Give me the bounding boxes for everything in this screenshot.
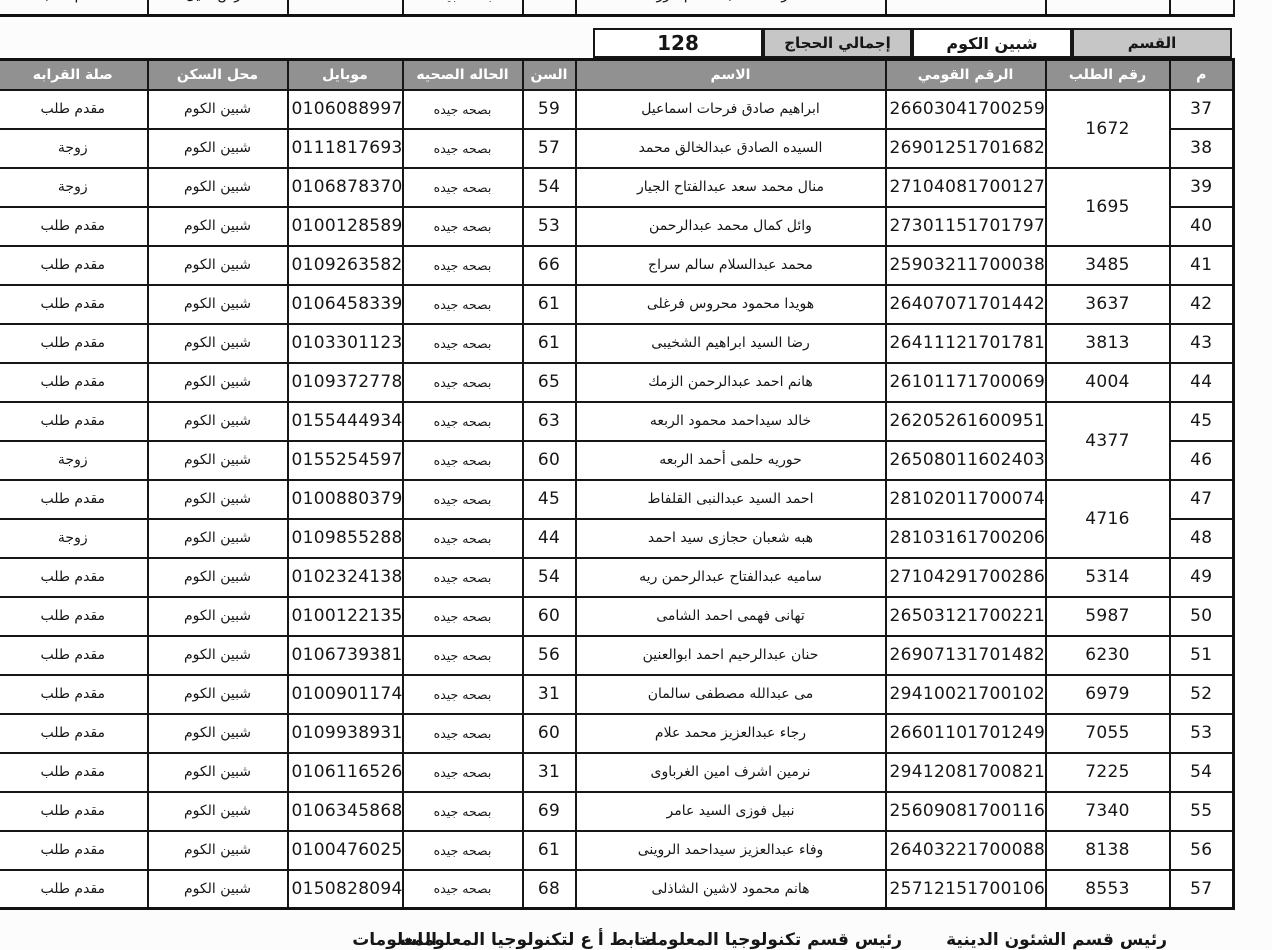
cell-mobile: 01063458686 xyxy=(288,792,403,831)
cell-request-number: 3485 xyxy=(1046,246,1170,285)
cell-request-number: 3637 xyxy=(1046,285,1170,324)
cell-name: هبه شعبان حجازى سيد احمد xyxy=(576,519,886,558)
cell-request-number: 6230 xyxy=(1046,636,1170,675)
cell-national-id: 26407071701442 xyxy=(886,285,1046,324)
cell-mobile: 01554449345 xyxy=(288,402,403,441)
cell-health: بصحه جيده xyxy=(403,285,523,324)
cell-health: بصحه جيده xyxy=(403,168,523,207)
cell-residence: شبين الكوم xyxy=(148,714,288,753)
table-header-row: م رقم الطلب الرقم القومي الاسم السن الحا… xyxy=(0,60,1234,90)
cell-age: 61 xyxy=(523,324,576,363)
cell-health: بصحه جيده xyxy=(403,246,523,285)
cell-age: 31 xyxy=(523,675,576,714)
cell-serial: 56 xyxy=(1170,831,1234,870)
cell-name: هويدا محمود محروس فرغلى xyxy=(576,285,886,324)
cell-national-id: 26601101701249 xyxy=(886,714,1046,753)
cell-age: 65 xyxy=(523,363,576,402)
cell-relation: مقدم طلب xyxy=(0,558,148,597)
cell-residence: شبين الكوم xyxy=(148,831,288,870)
table-row: 47471628102011700074احمد السيد عبدالنبى … xyxy=(0,480,1234,519)
cell-request-number: 4004 xyxy=(1046,363,1170,402)
cell-national-id: 26508011602403 xyxy=(886,441,1046,480)
cell-age: 31 xyxy=(523,0,576,15)
cell-national-id: 28103161700206 xyxy=(886,519,1046,558)
cell-age: 66 xyxy=(523,246,576,285)
cell-serial: 52 xyxy=(1170,675,1234,714)
cell-serial: 47 xyxy=(1170,480,1234,519)
cell-health: بصحه جيده xyxy=(403,870,523,909)
cell-name: ابراهيم صادق فرحات اسماعيل xyxy=(576,90,886,129)
cell-mobile: 01552545970 xyxy=(288,441,403,480)
cell-age: 59 xyxy=(523,90,576,129)
header-serial: م xyxy=(1170,60,1234,90)
cell-name: محمد عبدالسلام سالم سراج xyxy=(576,246,886,285)
cell-health: بصحه جيده xyxy=(403,558,523,597)
cell-residence: عرض النيل xyxy=(148,0,288,15)
header-relation: صلة القرابه xyxy=(0,60,148,90)
cell-age: 54 xyxy=(523,168,576,207)
cell-health: بصحه جيده xyxy=(403,675,523,714)
cell-health: بصحه جيده xyxy=(403,0,523,15)
cell-relation: مقدم طلب xyxy=(0,402,148,441)
cell-national-id: 26503121700221 xyxy=(886,597,1046,636)
table-body: 37167226603041700259ابراهيم صادق فرحات ا… xyxy=(0,90,1234,909)
cell-health: بصحه جيده xyxy=(403,129,523,168)
cell-relation: مقدم طلب xyxy=(0,675,148,714)
cell-serial: 51 xyxy=(1170,636,1234,675)
cell-mobile: 01092635825 xyxy=(288,246,403,285)
cell-residence: شبين الكوم xyxy=(148,207,288,246)
cell-serial: 44 xyxy=(1170,363,1234,402)
cell-age: 56 xyxy=(523,636,576,675)
cell-mobile: 01009011746 xyxy=(288,675,403,714)
cell-national-id: 27104081700127 xyxy=(886,168,1046,207)
cell-serial: 48 xyxy=(1170,519,1234,558)
cell-name: حنان عبدالرحيم احمد ابوالعنين xyxy=(576,636,886,675)
cell-age: 69 xyxy=(523,792,576,831)
cell-serial: 57 xyxy=(1170,870,1234,909)
table-row: 43381326411121701781رضا السيد ابراهيم ال… xyxy=(0,324,1234,363)
cell-relation: مقدم طلب xyxy=(0,870,148,909)
cell-national-id: 29412081700821 xyxy=(886,753,1046,792)
cell-health: بصحه جيده xyxy=(403,402,523,441)
cell-age: 68 xyxy=(523,870,576,909)
cell-name: وائل كمال محمد عبدالرحمن xyxy=(576,207,886,246)
cell-relation: مقدم طلب xyxy=(0,714,148,753)
cell-request-number: 5314 xyxy=(1046,558,1170,597)
cell-request-number: 3813 xyxy=(1046,324,1170,363)
table-row: 53705526601101701249رجاء عبدالعزيز محمد … xyxy=(0,714,1234,753)
cell-serial: 36 xyxy=(1170,0,1234,15)
cell-relation: مقدم طلب xyxy=(0,831,148,870)
cell-request-number: 7055 xyxy=(1046,714,1170,753)
cell-residence: شبين الكوم xyxy=(148,753,288,792)
cell-mobile: 01099389318 xyxy=(288,714,403,753)
cell-health: بصحه جيده xyxy=(403,324,523,363)
table-row: 51623026907131701482حنان عبدالرحيم احمد … xyxy=(0,636,1234,675)
cell-request-number: 114499 xyxy=(1046,0,1170,15)
cell-request-number: 4716 xyxy=(1046,480,1170,558)
cell-residence: شبين الكوم xyxy=(148,363,288,402)
cell-residence: شبين الكوم xyxy=(148,324,288,363)
table-row: 52697929410021700102مى عبدالله مصطفى سال… xyxy=(0,675,1234,714)
table-row: 41348525903211700038محمد عبدالسلام سالم … xyxy=(0,246,1234,285)
cell-national-id: 25609081700116 xyxy=(886,792,1046,831)
cell-relation: مقدم طلب xyxy=(0,636,148,675)
cell-name: منال محمد سعد عبدالفتاح الجيار xyxy=(576,168,886,207)
cell-mobile: 01023241384 xyxy=(288,558,403,597)
cell-serial: 53 xyxy=(1170,714,1234,753)
cell-health: بصحه جيده xyxy=(403,792,523,831)
cell-request-number: 1672 xyxy=(1046,90,1170,168)
cell-residence: شبين الكوم xyxy=(148,402,288,441)
cell-residence: شبين الكوم xyxy=(148,675,288,714)
cell-residence: شبين الكوم xyxy=(148,792,288,831)
cell-mobile: 01068783707 xyxy=(288,168,403,207)
pilgrims-table: م رقم الطلب الرقم القومي الاسم السن الحا… xyxy=(0,58,1235,910)
cell-mobile: 01118176936 xyxy=(288,129,403,168)
cell-relation: مقدم طلب xyxy=(0,597,148,636)
cell-national-id: 25712151700106 xyxy=(886,870,1046,909)
table-row: 49531427104291700286ساميه عبدالفتاح عبدا… xyxy=(0,558,1234,597)
signature-label: ضابط أ ع لتكنولوجيا المعلومات xyxy=(400,930,657,950)
cell-health: بصحه جيده xyxy=(403,597,523,636)
cell-residence: شبين الكوم xyxy=(148,480,288,519)
cell-serial: 40 xyxy=(1170,207,1234,246)
table-row: 37167226603041700259ابراهيم صادق فرحات ا… xyxy=(0,90,1234,129)
cell-serial: 39 xyxy=(1170,168,1234,207)
cell-health: بصحه جيده xyxy=(403,441,523,480)
cell-residence: شبين الكوم xyxy=(148,558,288,597)
cell-name: رضا السيد ابراهيم الشخيبى xyxy=(576,324,886,363)
cell-name: هانم محمود لاشين الشاذلى xyxy=(576,870,886,909)
cell-national-id: 26901251701682 xyxy=(886,129,1046,168)
signature-footer: رئيس قسم الشئون الدينيةرئيس قسم تكنولوجي… xyxy=(0,928,1272,950)
cell-name: احمد السيد عبدالنبى القلفاط xyxy=(576,480,886,519)
cell-mobile: 01004760250 xyxy=(288,831,403,870)
cell-serial: 41 xyxy=(1170,246,1234,285)
previous-page-clipped-row: 36 114499 29409101702949 عمر محمد عبدالم… xyxy=(0,0,1235,17)
cell-mobile: 01098552883 xyxy=(288,519,403,558)
cell-mobile: 01033011236 xyxy=(288,324,403,363)
cell-residence: شبين الكوم xyxy=(148,636,288,675)
cell-national-id: 29410021700102 xyxy=(886,675,1046,714)
cell-request-number: 7225 xyxy=(1046,753,1170,792)
cell-national-id: 26403221700088 xyxy=(886,831,1046,870)
cell-mobile: 01508280948 xyxy=(288,870,403,909)
cell-request-number: 6979 xyxy=(1046,675,1170,714)
cell-serial: 55 xyxy=(1170,792,1234,831)
cell-residence: شبين الكوم xyxy=(148,870,288,909)
cell-age: 45 xyxy=(523,480,576,519)
cell-age: 61 xyxy=(523,285,576,324)
cell-relation: زوجة xyxy=(0,129,148,168)
cell-national-id: 26603041700259 xyxy=(886,90,1046,129)
cell-name: خالد سيداحمد محمود الربعه xyxy=(576,402,886,441)
cell-name: وفاء عبدالعزيز سيداحمد الروينى xyxy=(576,831,886,870)
cell-relation: مقدم طلب xyxy=(0,480,148,519)
cell-national-id: 27301151701797 xyxy=(886,207,1046,246)
header-residence: محل السكن xyxy=(148,60,288,90)
cell-health: بصحه جيده xyxy=(403,480,523,519)
cell-name: عمر محمد عبدالمنعم حرز xyxy=(576,0,886,15)
table-row: 36 114499 29409101702949 عمر محمد عبدالم… xyxy=(0,0,1234,15)
cell-request-number: 8138 xyxy=(1046,831,1170,870)
cell-request-number: 8553 xyxy=(1046,870,1170,909)
cell-health: بصحه جيده xyxy=(403,831,523,870)
cell-name: حوريه حلمى أحمد الربعه xyxy=(576,441,886,480)
cell-national-id: 26205261600951 xyxy=(886,402,1046,441)
header-health: الحاله الصحيه xyxy=(403,60,523,90)
cell-national-id: 26101171700069 xyxy=(886,363,1046,402)
cell-serial: 38 xyxy=(1170,129,1234,168)
table-row: 50598726503121700221تهانى فهمى احمد الشا… xyxy=(0,597,1234,636)
cell-age: 60 xyxy=(523,714,576,753)
cell-mobile: 01060889971 xyxy=(288,90,403,129)
cell-residence: شبين الكوم xyxy=(148,441,288,480)
cell-national-id: 25903211700038 xyxy=(886,246,1046,285)
cell-name: هانم احمد عبدالرحمن الزمك xyxy=(576,363,886,402)
cell-serial: 42 xyxy=(1170,285,1234,324)
cell-residence: شبين الكوم xyxy=(148,168,288,207)
table-row: 57855325712151700106هانم محمود لاشين الش… xyxy=(0,870,1234,909)
header-age: السن xyxy=(523,60,576,90)
cell-age: 60 xyxy=(523,441,576,480)
cell-residence: شبين الكوم xyxy=(148,129,288,168)
cell-name: مى عبدالله مصطفى سالمان xyxy=(576,675,886,714)
cell-relation: زوجة xyxy=(0,519,148,558)
cell-request-number: 1695 xyxy=(1046,168,1170,246)
cell-serial: 50 xyxy=(1170,597,1234,636)
cell-mobile: 01008803797 xyxy=(288,480,403,519)
cell-mobile: 01093727784 xyxy=(288,363,403,402)
cell-relation: مقدم طلب xyxy=(0,90,148,129)
cell-national-id: 26411121701781 xyxy=(886,324,1046,363)
cell-relation: مقدم طلب xyxy=(0,363,148,402)
cell-mobile: 01001221352 xyxy=(288,597,403,636)
cell-residence: شبين الكوم xyxy=(148,246,288,285)
cell-relation: زوجة xyxy=(0,441,148,480)
header-mobile: موبايل xyxy=(288,60,403,90)
cell-request-number: 7340 xyxy=(1046,792,1170,831)
table-row: 56813826403221700088وفاء عبدالعزيز سيداح… xyxy=(0,831,1234,870)
header-request-number: رقم الطلب xyxy=(1046,60,1170,90)
cell-age: 31 xyxy=(523,753,576,792)
total-pilgrims-label: إجمالي الحجاج xyxy=(763,28,912,58)
cell-relation: مقدم طلب xyxy=(0,753,148,792)
cell-relation: مقدم طلب xyxy=(0,792,148,831)
cell-serial: 37 xyxy=(1170,90,1234,129)
cell-request-number: 5987 xyxy=(1046,597,1170,636)
cell-health: بصحه جيده xyxy=(403,714,523,753)
cell-serial: 54 xyxy=(1170,753,1234,792)
department-value: شبين الكوم xyxy=(912,28,1072,58)
summary-band: القسم شبين الكوم إجمالي الحجاج 128 xyxy=(593,28,1232,58)
department-label: القسم xyxy=(1072,28,1232,58)
total-pilgrims-value: 128 xyxy=(593,28,763,58)
cell-serial: 43 xyxy=(1170,324,1234,363)
cell-health: بصحه جيده xyxy=(403,519,523,558)
header-name: الاسم xyxy=(576,60,886,90)
cell-residence: شبين الكوم xyxy=(148,90,288,129)
cell-name: رجاء عبدالعزيز محمد علام xyxy=(576,714,886,753)
cell-serial: 46 xyxy=(1170,441,1234,480)
cell-age: 63 xyxy=(523,402,576,441)
cell-age: 60 xyxy=(523,597,576,636)
cell-mobile: 01067393812 xyxy=(288,636,403,675)
table-row: 54722529412081700821نرمين اشرف امين الغر… xyxy=(0,753,1234,792)
cell-name: نبيل فوزى السيد عامر xyxy=(576,792,886,831)
cell-mobile: 01061165265 xyxy=(288,753,403,792)
cell-health: بصحه جيده xyxy=(403,753,523,792)
cell-name: نرمين اشرف امين الغرباوى xyxy=(576,753,886,792)
cell-relation: مقدم طلب xyxy=(0,207,148,246)
cell-health: بصحه جيده xyxy=(403,207,523,246)
table-row: 39169527104081700127منال محمد سعد عبدالف… xyxy=(0,168,1234,207)
cell-health: بصحه جيده xyxy=(403,636,523,675)
signature-label: المعلومات xyxy=(352,930,437,950)
cell-mobile: 01064583396 xyxy=(288,285,403,324)
cell-serial: 45 xyxy=(1170,402,1234,441)
cell-mobile: 01010475020 xyxy=(288,0,403,15)
cell-residence: شبين الكوم xyxy=(148,285,288,324)
cell-national-id: 29409101702949 xyxy=(886,0,1046,15)
cell-age: 57 xyxy=(523,129,576,168)
cell-name: ساميه عبدالفتاح عبدالرحمن ريه xyxy=(576,558,886,597)
cell-residence: شبين الكوم xyxy=(148,597,288,636)
cell-health: بصحه جيده xyxy=(403,90,523,129)
cell-age: 44 xyxy=(523,519,576,558)
table-row: 44400426101171700069هانم احمد عبدالرحمن … xyxy=(0,363,1234,402)
cell-serial: 49 xyxy=(1170,558,1234,597)
cell-relation: مقدم طلب xyxy=(0,246,148,285)
cell-relation: مقدم طلب xyxy=(0,324,148,363)
cell-age: 61 xyxy=(523,831,576,870)
table-row: 45437726205261600951خالد سيداحمد محمود ا… xyxy=(0,402,1234,441)
cell-national-id: 28102011700074 xyxy=(886,480,1046,519)
signature-label: رئيس قسم تكنولوجيا المعلومات xyxy=(634,930,902,950)
cell-national-id: 26907131701482 xyxy=(886,636,1046,675)
header-national-id: الرقم القومي xyxy=(886,60,1046,90)
cell-age: 54 xyxy=(523,558,576,597)
cell-relation: مقدم طلب xyxy=(0,285,148,324)
cell-name: تهانى فهمى احمد الشامى xyxy=(576,597,886,636)
cell-request-number: 4377 xyxy=(1046,402,1170,480)
table-row: 55734025609081700116نبيل فوزى السيد عامر… xyxy=(0,792,1234,831)
table-row: 42363726407071701442هويدا محمود محروس فر… xyxy=(0,285,1234,324)
cell-relation: مقدم طلب xyxy=(0,0,148,15)
cell-national-id: 27104291700286 xyxy=(886,558,1046,597)
cell-residence: شبين الكوم xyxy=(148,519,288,558)
cell-name: السيده الصادق عبدالخالق محمد xyxy=(576,129,886,168)
signature-label: رئيس قسم الشئون الدينية xyxy=(946,930,1167,950)
cell-age: 53 xyxy=(523,207,576,246)
cell-relation: زوجة xyxy=(0,168,148,207)
cell-mobile: 01001285892 xyxy=(288,207,403,246)
cell-health: بصحه جيده xyxy=(403,363,523,402)
